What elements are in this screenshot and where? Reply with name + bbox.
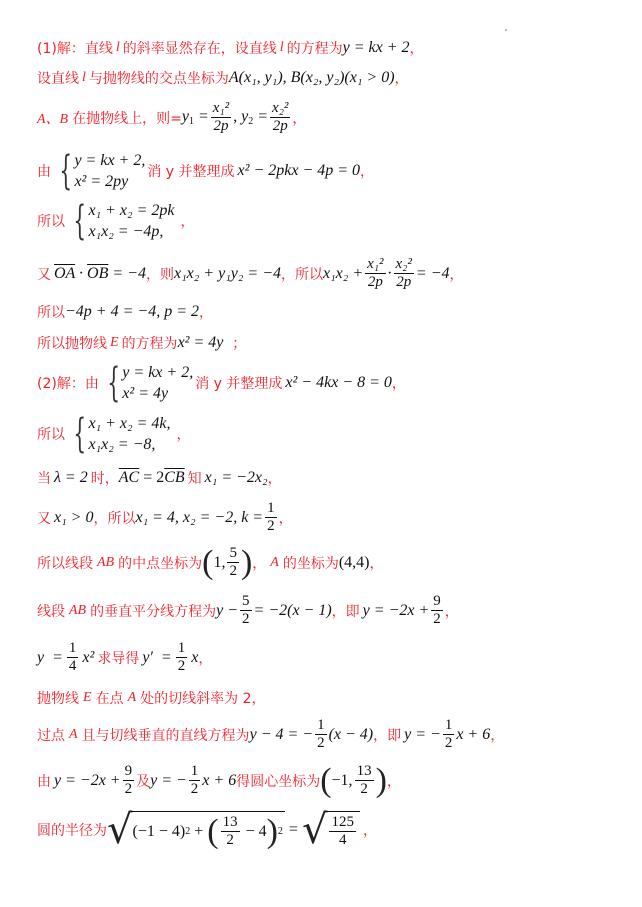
system-row: x₁ + x₂ = 4k, bbox=[88, 413, 170, 434]
var-l: l bbox=[280, 40, 284, 56]
fraction: x₁² 2p bbox=[211, 100, 231, 135]
equation-system: { y = kx + 2, x² = 2py bbox=[53, 150, 145, 192]
text: 所以 bbox=[37, 424, 65, 444]
numerator: 1 bbox=[67, 640, 79, 658]
numerator: x₂² bbox=[394, 256, 414, 274]
text: 设直线 bbox=[37, 68, 79, 88]
line-12: 又 x₁ > 0 ，所以 x₁ = 4, x₂ = −2, k = 1 2 ， bbox=[37, 500, 293, 535]
fraction: 13 2 bbox=[355, 763, 374, 798]
fraction: 1 2 bbox=[189, 763, 201, 798]
punct: ， bbox=[198, 648, 212, 668]
punct: ， bbox=[279, 508, 293, 528]
equation: x² − 2pkx − 4p = 0 bbox=[238, 162, 361, 180]
text: 过点 bbox=[37, 725, 65, 745]
text: 所以线段 bbox=[37, 553, 93, 573]
text: 的坐标为 bbox=[283, 553, 339, 573]
equation-system: { y = kx + 2, x² = 4y bbox=[101, 362, 193, 404]
numerator: x₁² bbox=[365, 256, 385, 274]
denominator: 2p bbox=[271, 118, 290, 135]
punct: ， bbox=[387, 771, 401, 791]
numerator: 13 bbox=[221, 814, 240, 832]
text: 的方程为 bbox=[122, 333, 178, 353]
var-AB: AB bbox=[69, 603, 86, 619]
text: 抛物线 bbox=[37, 688, 79, 708]
equation: y − bbox=[216, 602, 238, 620]
operator: = bbox=[285, 821, 302, 839]
numerator: 9 bbox=[431, 593, 443, 611]
punct: ， bbox=[369, 553, 383, 573]
text: 的垂直平分线方程为 bbox=[90, 601, 216, 621]
text: 得圆心坐标为 bbox=[236, 771, 320, 791]
line-1: (1)解：直线 l 的斜率显然存在，设直线 l 的方程为 y = kx + 2 … bbox=[37, 38, 424, 58]
line-16: 抛物线 E 在点 A 处的切线斜率为 2， bbox=[37, 688, 265, 708]
equation: x² − 4kx − 8 = 0 bbox=[285, 374, 392, 392]
numerator: 1 bbox=[176, 640, 188, 658]
system-row: x² = 2py bbox=[74, 171, 145, 192]
line-8: 所以抛物线 E 的方程为 x² = 4y ； bbox=[37, 333, 246, 353]
system-row: y = kx + 2, bbox=[74, 150, 145, 171]
equation: −4p + 4 = −4, p = 2 bbox=[65, 303, 199, 321]
denominator: 2 bbox=[265, 518, 277, 535]
system-row: y = kx + 2, bbox=[122, 362, 193, 383]
text: 求导得 bbox=[97, 648, 139, 668]
text: A、B bbox=[37, 108, 68, 128]
text: 所以抛物线 bbox=[37, 333, 107, 353]
var-A: A bbox=[69, 727, 78, 743]
numerator: 1 bbox=[189, 763, 201, 781]
var-AB: AB bbox=[97, 555, 114, 571]
text: ， bbox=[252, 553, 266, 573]
denominator: 2 bbox=[315, 735, 327, 752]
punct: ， bbox=[292, 108, 306, 128]
equation: = −2(x − 1) bbox=[254, 602, 332, 620]
denominator: 2 bbox=[224, 832, 236, 849]
text: 的斜率显然存在，设直线 bbox=[123, 38, 277, 58]
text: ，即 bbox=[332, 601, 360, 621]
punct: ， bbox=[410, 38, 424, 58]
equation: y = bbox=[37, 649, 63, 667]
numerator: 5 bbox=[227, 545, 239, 563]
var-E: E bbox=[110, 335, 119, 351]
text: 当 bbox=[37, 468, 51, 488]
text: 消 y 并整理成 bbox=[195, 373, 282, 393]
text: 又 bbox=[37, 264, 51, 284]
line-3: A、B 在抛物线上，则= y1 = x₁² 2p , y2 = x₂² 2p ， bbox=[37, 100, 306, 135]
equation: , y2 = bbox=[233, 108, 268, 127]
text: 与抛物线的交点坐标为 bbox=[89, 68, 229, 88]
paren: ( bbox=[320, 766, 331, 796]
fraction: 1 4 bbox=[67, 640, 79, 675]
punct: ， bbox=[199, 302, 213, 322]
punct: ， bbox=[445, 601, 459, 621]
punct: ； bbox=[223, 333, 246, 353]
line-11: 当 λ = 2 时， AC = 2CB 知 x₁ = −2x₂ ， bbox=[37, 468, 282, 488]
line-15: y = 1 4 x² 求导得 y′ = 1 2 x ， bbox=[37, 640, 212, 675]
equation: x bbox=[191, 649, 198, 667]
fraction: x₂² 2p bbox=[270, 100, 290, 135]
punct: ， bbox=[363, 820, 377, 840]
sqrt-icon: √ 125 4 bbox=[302, 810, 360, 850]
text: ，则 bbox=[146, 264, 174, 284]
equation: y = − bbox=[404, 726, 441, 744]
system-row: x₁x₂ = −4p, bbox=[88, 221, 174, 242]
stray-dot bbox=[505, 29, 507, 31]
equation: x + 6 bbox=[456, 726, 490, 744]
equation: OA · OB = −4 bbox=[54, 265, 146, 283]
fraction: 1 2 bbox=[443, 717, 455, 752]
fraction: 5 2 bbox=[240, 593, 252, 628]
line-7: 所以 −4p + 4 = −4, p = 2 ， bbox=[37, 302, 213, 322]
text: 的方程为 bbox=[287, 38, 343, 58]
fraction: 1 2 bbox=[315, 717, 327, 752]
denominator: 2 bbox=[443, 735, 455, 752]
var-l: l bbox=[82, 70, 86, 86]
text: (2)解：由 bbox=[37, 373, 99, 393]
brace-icon: { bbox=[73, 414, 86, 454]
fraction: 9 2 bbox=[431, 593, 443, 628]
punct: ， bbox=[268, 468, 282, 488]
equation-system: { x₁ + x₂ = 2pk x₁x₂ = −4p, bbox=[67, 200, 174, 242]
equation: x² bbox=[82, 649, 94, 667]
equation: = −4 bbox=[416, 265, 450, 283]
numerator: 125 bbox=[329, 814, 356, 832]
paren: ) bbox=[376, 766, 387, 796]
var-E: E bbox=[83, 690, 92, 706]
text: ，所以 bbox=[281, 264, 323, 284]
denominator: 2p bbox=[366, 274, 385, 291]
denominator: 2 bbox=[431, 611, 443, 628]
var-A: A bbox=[128, 690, 137, 706]
equation: (x − 4) bbox=[329, 726, 374, 744]
equation: λ = 2 bbox=[54, 469, 88, 487]
numerator: x₁² bbox=[211, 100, 231, 118]
equation: − 4 bbox=[242, 823, 267, 841]
equation: (4,4) bbox=[339, 554, 370, 572]
brace-icon: { bbox=[107, 363, 120, 403]
denominator: 4 bbox=[337, 832, 349, 849]
paren: ( bbox=[202, 548, 213, 578]
equation: −1, bbox=[332, 772, 353, 790]
text: ，即 bbox=[373, 725, 401, 745]
brace-icon: { bbox=[73, 201, 86, 241]
text: 线段 bbox=[37, 601, 65, 621]
system-row: x² = 4y bbox=[122, 383, 193, 404]
text: ，所以 bbox=[93, 508, 135, 528]
denominator: 2 bbox=[227, 563, 239, 580]
numerator: 1 bbox=[443, 717, 455, 735]
equation: y − 4 = − bbox=[250, 726, 314, 744]
fraction: x₁² 2p bbox=[365, 256, 385, 291]
numerator: 1 bbox=[265, 500, 277, 518]
line-17: 过点 A 且与切线垂直的直线方程为 y − 4 = − 1 2 (x − 4) … bbox=[37, 717, 504, 752]
equation: y = −2x + bbox=[54, 772, 121, 790]
text: 圆的半径为 bbox=[37, 820, 107, 840]
equation: x₁x₂ + bbox=[323, 265, 363, 283]
line-18: 由 y = −2x + 9 2 及 y = − 1 2 x + 6 得圆心坐标为… bbox=[37, 763, 401, 798]
line-14: 线段 AB 的垂直平分线方程为 y − 5 2 = −2(x − 1) ，即 y… bbox=[37, 593, 459, 628]
text: 在点 bbox=[96, 688, 124, 708]
line-10: 所以 { x₁ + x₂ = 4k, x₁x₂ = −8, ， bbox=[37, 413, 190, 455]
punct: ， bbox=[360, 161, 374, 181]
denominator: 2p bbox=[394, 274, 413, 291]
line-2: 设直线 l 与抛物线的交点坐标为 A(x₁, y₁), B(x₂, y₂)(x₁… bbox=[37, 68, 409, 88]
punct: ， bbox=[395, 68, 409, 88]
equation: y = kx + 2 bbox=[343, 39, 410, 57]
numerator: 5 bbox=[240, 593, 252, 611]
fraction: x₂² 2p bbox=[394, 256, 414, 291]
punct: ， bbox=[176, 424, 190, 444]
equation: y′ = bbox=[142, 649, 171, 667]
text: 处的切线斜率为 2， bbox=[140, 688, 265, 708]
line-13: 所以线段 AB 的中点坐标为 ( 1, 5 2 ) ， A 的坐标为 (4,4)… bbox=[37, 545, 383, 580]
var-l: l bbox=[116, 40, 120, 56]
operator: + bbox=[190, 823, 207, 841]
denominator: 2 bbox=[189, 781, 201, 798]
text: 知 bbox=[188, 468, 202, 488]
text: 消 y 并整理成 bbox=[147, 161, 234, 181]
equation: y1 = bbox=[182, 108, 209, 127]
text: 时， bbox=[91, 468, 119, 488]
equation: x₁ = 4, x₂ = −2, k = bbox=[135, 509, 263, 527]
system-row: x₁x₂ = −8, bbox=[88, 434, 170, 455]
equation: y = −2x + bbox=[363, 602, 430, 620]
line-4: 由 { y = kx + 2, x² = 2py 消 y 并整理成 x² − 2… bbox=[37, 150, 374, 192]
fraction: 1 2 bbox=[265, 500, 277, 535]
text: 由 bbox=[37, 161, 51, 181]
text: 在抛物线上，则= bbox=[72, 108, 182, 128]
brace-icon: { bbox=[59, 151, 72, 191]
line-9: (2)解：由 { y = kx + 2, x² = 4y 消 y 并整理成 x²… bbox=[37, 362, 406, 404]
denominator: 2 bbox=[123, 781, 135, 798]
equation: x₁ = −2x₂ bbox=[205, 469, 268, 487]
equation: x² = 4y bbox=[178, 334, 224, 352]
text: 所以 bbox=[37, 211, 65, 231]
numerator: 1 bbox=[315, 717, 327, 735]
fraction: 125 4 bbox=[329, 814, 356, 849]
punct: ， bbox=[180, 211, 194, 231]
text: 又 bbox=[37, 508, 51, 528]
numerator: 9 bbox=[123, 763, 135, 781]
equation: x + 6 bbox=[202, 772, 236, 790]
text: 及 bbox=[136, 771, 150, 791]
punct: ， bbox=[392, 373, 406, 393]
denominator: 2 bbox=[358, 781, 370, 798]
text: 且与切线垂直的直线方程为 bbox=[82, 725, 250, 745]
line-19: 圆的半径为 √ (−1 − 4)2 + ( 13 2 − 4 )2 = √ 12… bbox=[37, 810, 377, 850]
denominator: 2 bbox=[240, 611, 252, 628]
paren: ) bbox=[241, 548, 252, 578]
numerator: 13 bbox=[355, 763, 374, 781]
fraction: 9 2 bbox=[123, 763, 135, 798]
equation: x₁x₂ + y₁y₂ = −4 bbox=[174, 265, 281, 283]
text: (1)解：直线 bbox=[37, 38, 113, 58]
punct: ， bbox=[449, 264, 463, 284]
sqrt-icon: √ (−1 − 4)2 + ( 13 2 − 4 )2 bbox=[107, 810, 285, 850]
fraction: 13 2 bbox=[221, 814, 240, 849]
line-6: 又 OA · OB = −4 ，则 x₁x₂ + y₁y₂ = −4 ，所以 x… bbox=[37, 256, 463, 291]
denominator: 2p bbox=[211, 118, 230, 135]
line-5: 所以 { x₁ + x₂ = 2pk x₁x₂ = −4p, ， bbox=[37, 200, 194, 242]
denominator: 4 bbox=[67, 658, 79, 675]
punct: ， bbox=[490, 725, 504, 745]
denominator: 2 bbox=[176, 658, 188, 675]
text: 所以 bbox=[37, 302, 65, 322]
text: 的中点坐标为 bbox=[118, 553, 202, 573]
fraction: 5 2 bbox=[227, 545, 239, 580]
text: 由 bbox=[37, 771, 51, 791]
fraction: 1 2 bbox=[176, 640, 188, 675]
var-A: A bbox=[270, 555, 279, 571]
numerator: x₂² bbox=[270, 100, 290, 118]
equation: 1, bbox=[213, 554, 225, 572]
equation: y = − bbox=[150, 772, 187, 790]
system-row: x₁ + x₂ = 2pk bbox=[88, 200, 174, 221]
equation: AC = 2CB bbox=[119, 469, 185, 487]
equation: x₁ > 0 bbox=[54, 509, 93, 527]
equation: A(x₁, y₁), B(x₂, y₂)(x₁ > 0) bbox=[229, 69, 395, 87]
equation: (−1 − 4) bbox=[133, 823, 186, 841]
operator: · bbox=[388, 265, 392, 283]
equation-system: { x₁ + x₂ = 4k, x₁x₂ = −8, bbox=[67, 413, 170, 455]
